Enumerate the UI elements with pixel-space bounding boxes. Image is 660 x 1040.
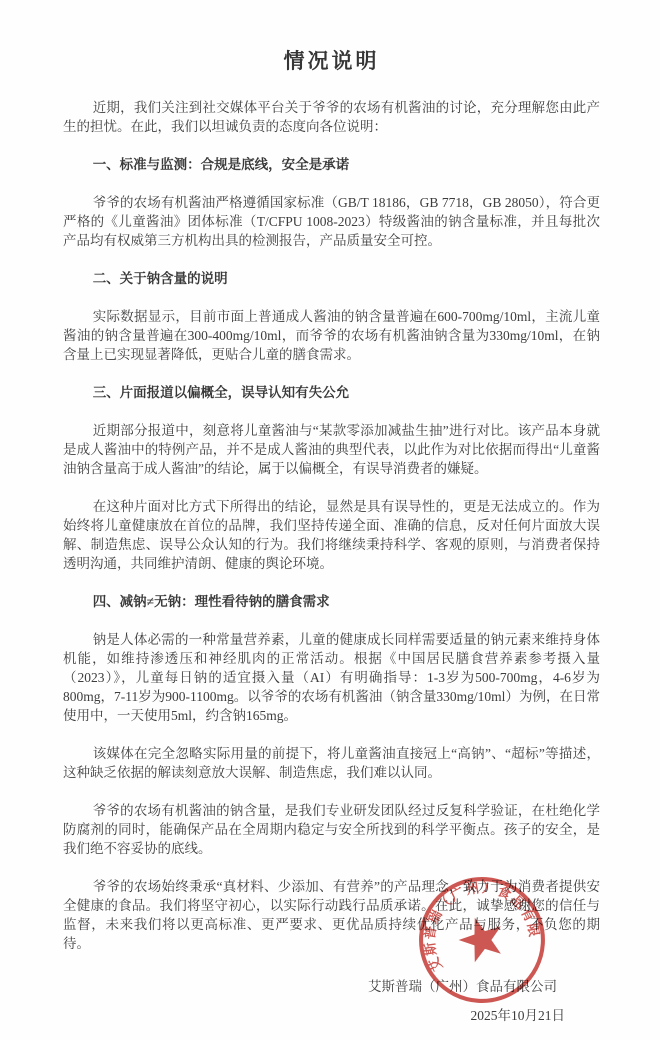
section-1: 一、标准与监测：合规是底线，安全是承诺 爷爷的农场有机酱油严格遵循国家标准（GB… <box>63 155 600 250</box>
document-title: 情况说明 <box>63 52 600 71</box>
document-page: 情况说明 近期，我们关注到社交媒体平台关于爷爷的农场有机酱油的讨论，充分理解您由… <box>0 0 660 1040</box>
section-1-heading: 一、标准与监测：合规是底线，安全是承诺 <box>63 155 600 174</box>
section-1-paragraph: 爷爷的农场有机酱油严格遵循国家标准（GB/T 18186，GB 7718，GB … <box>63 193 600 250</box>
section-4-heading: 四、减钠≠无钠：理性看待钠的膳食需求 <box>63 592 600 611</box>
intro-paragraph: 近期，我们关注到社交媒体平台关于爷爷的农场有机酱油的讨论，充分理解您由此产生的担… <box>63 98 600 136</box>
section-3-paragraph-2: 在这种片面对比方式下所得出的结论，显然是具有误导性的，更是无法成立的。作为始终将… <box>63 497 600 573</box>
section-2-heading: 二、关于钠含量的说明 <box>63 269 600 288</box>
section-3: 三、片面报道以偏概全，误导认知有失公允 近期部分报道中，刻意将儿童酱油与“某款零… <box>63 383 600 573</box>
seal-star-icon <box>454 911 509 965</box>
signature-date: 2025年10月21日 <box>63 1006 600 1025</box>
section-2: 二、关于钠含量的说明 实际数据显示，目前市面上普通成人酱油的钠含量普遍在600-… <box>63 269 600 364</box>
section-2-paragraph: 实际数据显示，目前市面上普通成人酱油的钠含量普遍在600-700mg/10ml，… <box>63 307 600 364</box>
section-3-paragraph-1: 近期部分报道中，刻意将儿童酱油与“某款零添加减盐生抽”进行对比。该产品本身就是成… <box>63 421 600 478</box>
section-4-paragraph-1: 钠是人体必需的一种常量营养素，儿童的健康成长同样需要适量的钠元素来维持身体机能，… <box>63 630 600 725</box>
company-seal: 艾斯普瑞（广州）食品有限公司 <box>416 874 548 1006</box>
section-3-heading: 三、片面报道以偏概全，误导认知有失公允 <box>63 383 600 402</box>
section-4-paragraph-2: 该媒体在完全忽略实际用量的前提下，将儿童酱油直接冠上“高钠”、“超标”等描述，这… <box>63 744 600 782</box>
section-4-paragraph-3: 爷爷的农场有机酱油的钠含量，是我们专业研发团队经过反复科学验证，在杜绝化学防腐剂… <box>63 801 600 858</box>
